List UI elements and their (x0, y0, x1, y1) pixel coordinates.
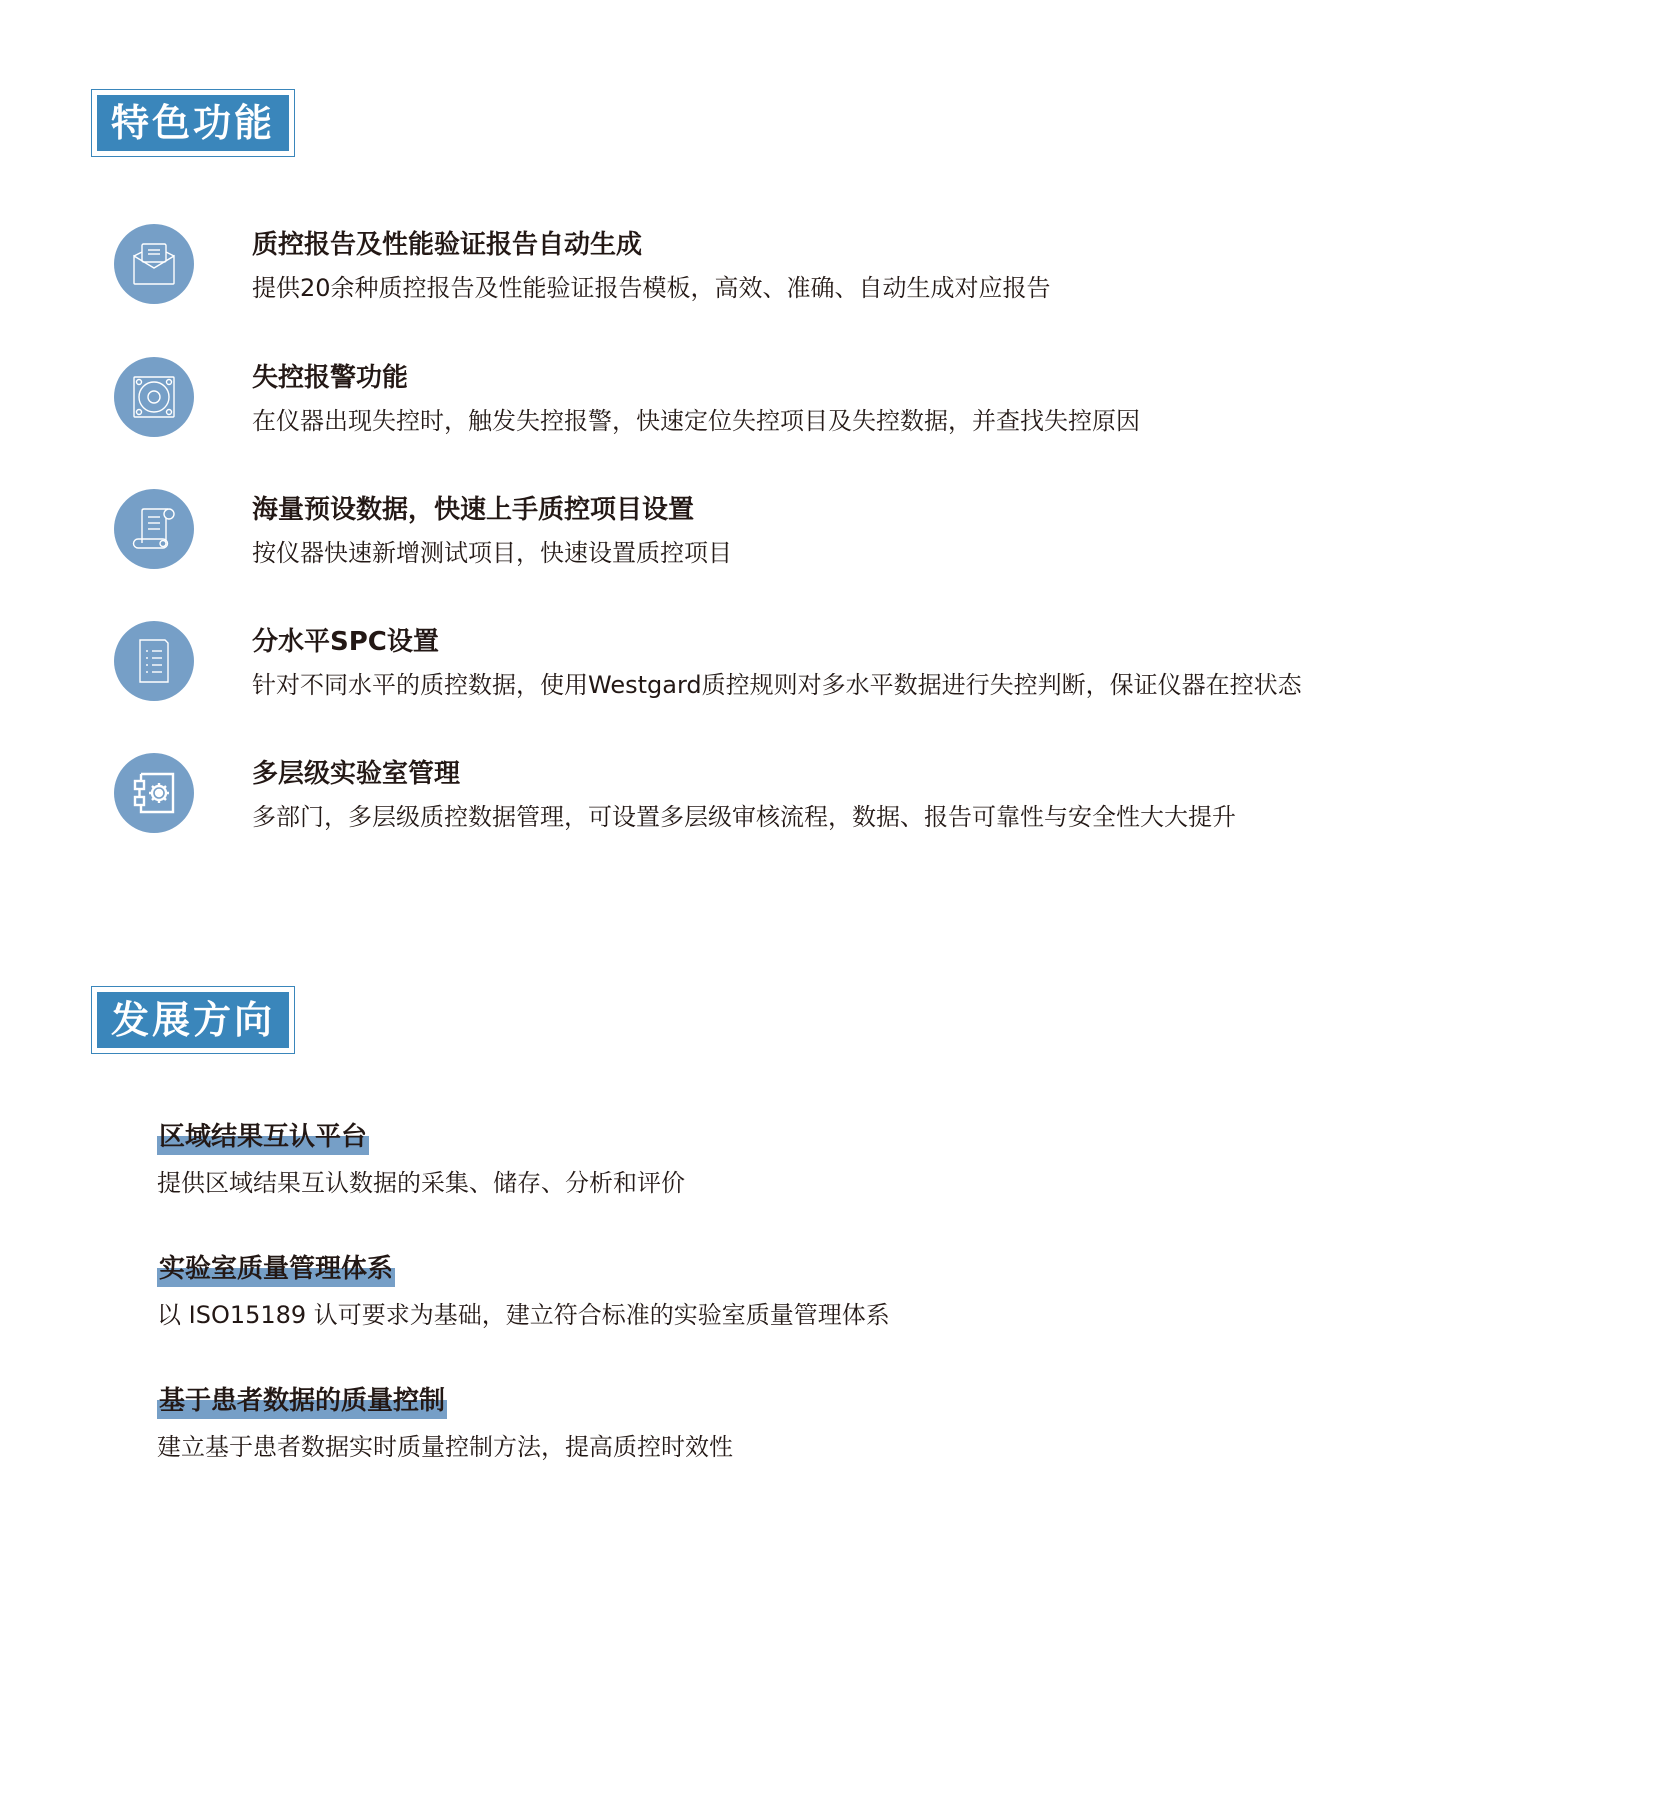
list-document-icon (114, 621, 194, 701)
feature-description: 提供20余种质控报告及性能验证报告模板，高效、准确、自动生成对应报告 (252, 274, 1051, 303)
feature-title: 多层级实验室管理 (252, 759, 460, 790)
feature-item: 质控报告及性能验证报告自动生成 提供20余种质控报告及性能验证报告模板，高效、准… (114, 224, 1514, 314)
direction-description: 建立基于患者数据实时质量控制方法，提高质控时效性 (157, 1433, 1357, 1462)
directions-section-title: 发展方向 (97, 992, 289, 1048)
direction-description: 提供区域结果互认数据的采集、储存、分析和评价 (157, 1169, 1357, 1198)
feature-item: 海量预设数据，快速上手质控项目设置 按仪器快速新增测试项目，快速设置质控项目 (114, 489, 1514, 579)
feature-title: 分水平SPC设置 (252, 627, 439, 658)
feature-title: 海量预设数据，快速上手质控项目设置 (252, 495, 694, 526)
direction-title: 区域结果互认平台 (157, 1122, 369, 1153)
feature-title: 质控报告及性能验证报告自动生成 (252, 230, 642, 261)
direction-title-highlight: 实验室质量管理体系 (157, 1254, 395, 1285)
features-section-title: 特色功能 (97, 95, 289, 151)
feature-description: 按仪器快速新增测试项目，快速设置质控项目 (252, 539, 732, 568)
direction-item: 区域结果互认平台 提供区域结果互认数据的采集、储存、分析和评价 (157, 1122, 1357, 1222)
feature-item: 失控报警功能 在仪器出现失控时，触发失控报警，快速定位失控项目及失控数据，并查找… (114, 357, 1514, 447)
feature-description: 在仪器出现失控时，触发失控报警，快速定位失控项目及失控数据，并查找失控原因 (252, 407, 1140, 436)
feature-title: 失控报警功能 (252, 363, 408, 394)
direction-title-highlight: 基于患者数据的质量控制 (157, 1386, 447, 1417)
safe-gear-icon (114, 753, 194, 833)
directions-section-header: 发展方向 (91, 986, 295, 1054)
features-section-header: 特色功能 (91, 89, 295, 157)
feature-item: 分水平SPC设置 针对不同水平的质控数据，使用Westgard质控规则对多水平数… (114, 621, 1514, 711)
envelope-icon (114, 224, 194, 304)
direction-item: 基于患者数据的质量控制 建立基于患者数据实时质量控制方法，提高质控时效性 (157, 1386, 1357, 1486)
direction-title-highlight: 区域结果互认平台 (157, 1122, 369, 1153)
direction-description: 以 ISO15189 认可要求为基础，建立符合标准的实验室质量管理体系 (157, 1301, 1357, 1330)
direction-title: 实验室质量管理体系 (157, 1254, 395, 1285)
feature-description: 多部门，多层级质控数据管理，可设置多层级审核流程，数据、报告可靠性与安全性大大提… (252, 803, 1236, 832)
scroll-icon (114, 489, 194, 569)
feature-item: 多层级实验室管理 多部门，多层级质控数据管理，可设置多层级审核流程，数据、报告可… (114, 753, 1514, 843)
direction-title: 基于患者数据的质量控制 (157, 1386, 447, 1417)
speaker-alarm-icon (114, 357, 194, 437)
feature-description: 针对不同水平的质控数据，使用Westgard质控规则对多水平数据进行失控判断，保… (252, 671, 1302, 700)
direction-item: 实验室质量管理体系 以 ISO15189 认可要求为基础，建立符合标准的实验室质… (157, 1254, 1357, 1354)
